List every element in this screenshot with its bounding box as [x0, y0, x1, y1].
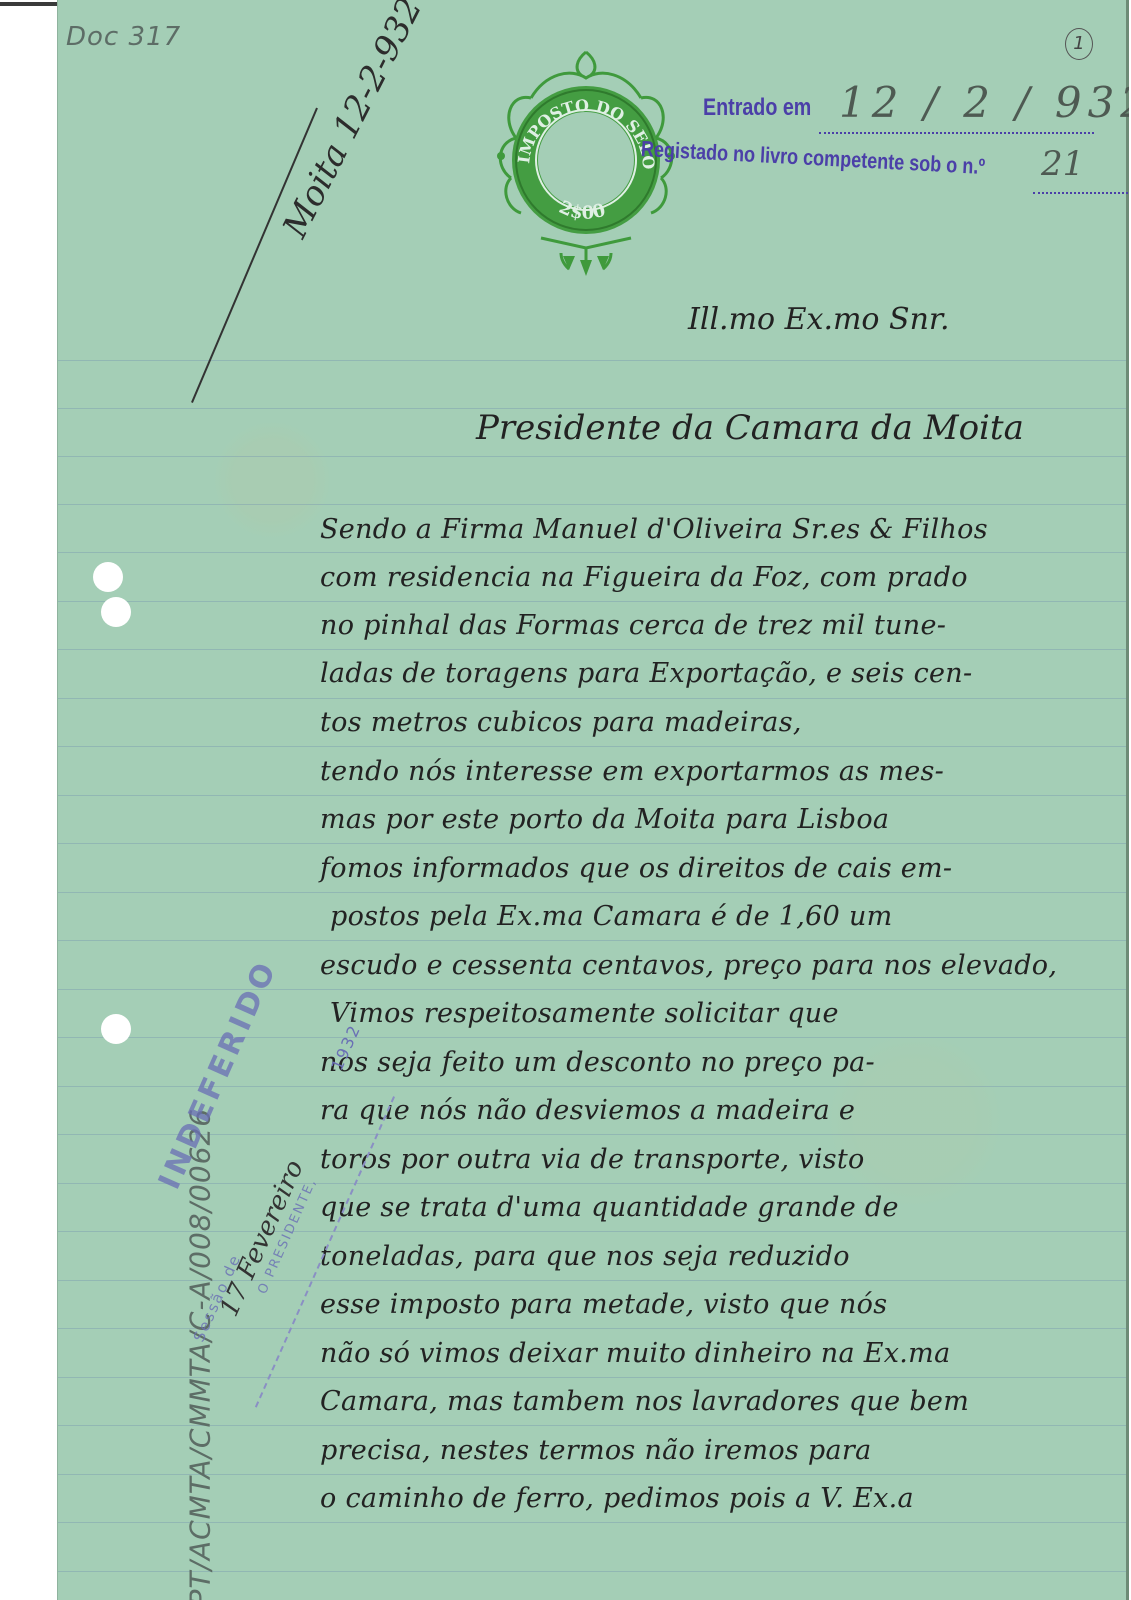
body-line: no pinhal das Formas cerca de trez mil t…	[320, 610, 946, 641]
date-dotted-line	[819, 132, 1094, 134]
rejection-title: INDEFERIDO	[152, 954, 285, 1194]
page-number-circled: 1	[1065, 28, 1093, 60]
body-line: ladas de toragens para Exportação, e sei…	[320, 658, 972, 689]
paper-edge-shadow	[1126, 0, 1129, 1600]
punch-hole	[101, 1014, 131, 1044]
body-line: tos metros cubicos para madeiras,	[320, 707, 802, 738]
body-line: Vimos respeitosamente solicitar que	[330, 998, 839, 1029]
body-line: mas por este porto da Moita para Lisboa	[320, 804, 889, 835]
marginal-place-date: Moita 12-2-932	[275, 0, 447, 244]
marginal-underline	[191, 108, 318, 403]
doc-number-note: Doc 317	[66, 22, 181, 52]
body-line: precisa, nestes termos não iremos para	[320, 1435, 872, 1466]
letter-addressee: Presidente da Camara da Moita	[476, 408, 1024, 448]
body-line: Sendo a Firma Manuel d'Oliveira Sr.es & …	[320, 514, 988, 545]
body-line: Camara, mas tambem nos lavradores que be…	[320, 1386, 969, 1417]
session-date: 17 Fevereiro	[214, 1156, 310, 1321]
body-line: postos pela Ex.ma Camara é de 1,60 um	[330, 901, 893, 932]
punch-hole	[93, 562, 123, 592]
entered-label: Entrado em	[703, 94, 811, 122]
received-registry-stamp: Entrado em 12 / 2 / 932 Registado no liv…	[641, 80, 1129, 200]
body-line: fomos informados que os direitos de cais…	[320, 853, 952, 884]
entered-date: 12 / 2 / 932	[839, 78, 1129, 127]
body-line: tendo nós interesse em exportarmos as me…	[320, 756, 944, 787]
body-line: com residencia na Figueira da Foz, com p…	[320, 562, 968, 593]
rejection-stamp: INDEFERIDO Sessão de 17 Fevereiro 1932 O…	[188, 1060, 508, 1390]
letter-sheet: Doc 317 1 PT/ACMTA/CMMTA/C-A/008/00626 I…	[57, 0, 1129, 1600]
body-line: escudo e cessenta centavos, preço para n…	[320, 950, 1057, 981]
letter-salutation: Ill.mo Ex.mo Snr.	[688, 302, 949, 337]
registered-label: Registado no livro competente sob o n.º	[640, 136, 985, 180]
scan-edge-line	[0, 2, 57, 6]
regno-dotted-line	[1033, 192, 1128, 194]
register-number: 21	[1041, 144, 1084, 184]
body-line: o caminho de ferro, pedimos pois a V. Ex…	[320, 1483, 914, 1514]
punch-hole	[101, 597, 131, 627]
